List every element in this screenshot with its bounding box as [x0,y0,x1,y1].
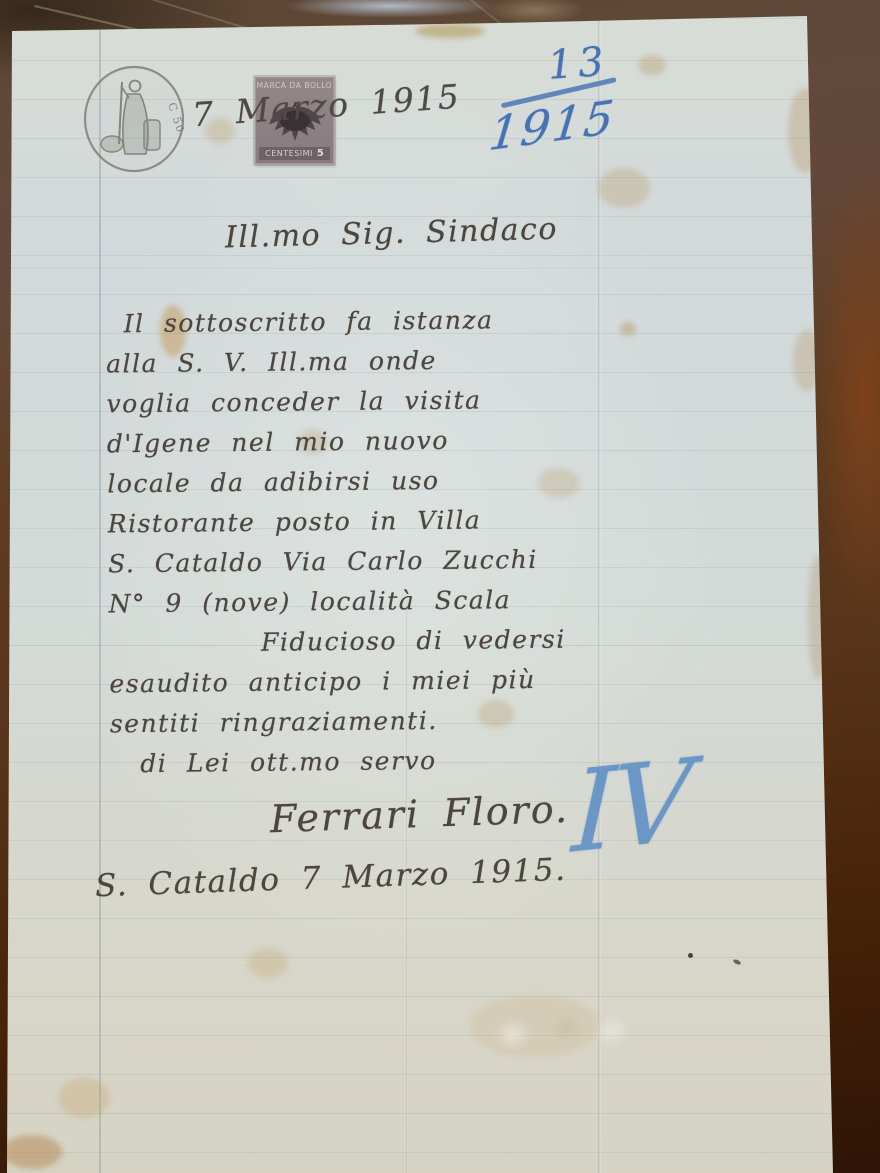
document-paper: C 50 MARCA DA BOLLO CENTESIMI 5 7 Marzo … [0,0,880,1173]
embossed-seal: C 50 [82,64,186,174]
stain [2,1135,62,1169]
stamp-footer: CENTESIMI 5 [259,147,330,160]
horizontal-crease [10,268,830,270]
stain [415,24,485,38]
body-line: locale da adibirsi uso [107,460,564,505]
margin-rule-line [99,0,101,1173]
body-line: N° 9 (nove) località Scala [108,580,565,625]
body-line: S. Cataldo Via Carlo Zucchi [108,540,565,585]
body-line: Fiducioso di vedersi [261,620,566,663]
letter-body: Il sottoscritto fa istanza alla S. V. Il… [105,300,567,785]
stamp-centesimi-label: CENTESIMI [265,149,313,158]
body-line: esaudito anticipo i miei più [109,660,566,705]
stain [620,322,636,336]
photo-scene: C 50 MARCA DA BOLLO CENTESIMI 5 7 Marzo … [0,0,880,1173]
body-line: Il sottoscritto fa istanza [123,300,562,345]
seal-shield [144,120,160,150]
registry-number: 13 [546,37,631,89]
body-line: Ristorante posto in Villa [108,500,565,545]
body-line: voglia conceder la visita [106,380,563,425]
blue-pencil-iv-mark: IV [570,735,691,878]
registry-number-mark: 13 1915 [488,37,635,156]
body-line: di Lei ott.mo servo [140,740,567,784]
stain [598,168,650,208]
stain [638,55,666,75]
seal-lion [101,136,123,152]
ghost-emboss-impression [468,998,648,1064]
horizontal-crease [10,965,830,967]
stain [58,1078,110,1118]
body-line: sentiti ringraziamenti. [110,700,567,745]
body-line: d'Igene nel mio nuovo [107,420,564,465]
body-line: alla S. V. Ill.ma onde [106,340,563,385]
stain [248,948,288,978]
ink-speck [688,953,693,958]
stamp-value: 5 [317,148,324,159]
